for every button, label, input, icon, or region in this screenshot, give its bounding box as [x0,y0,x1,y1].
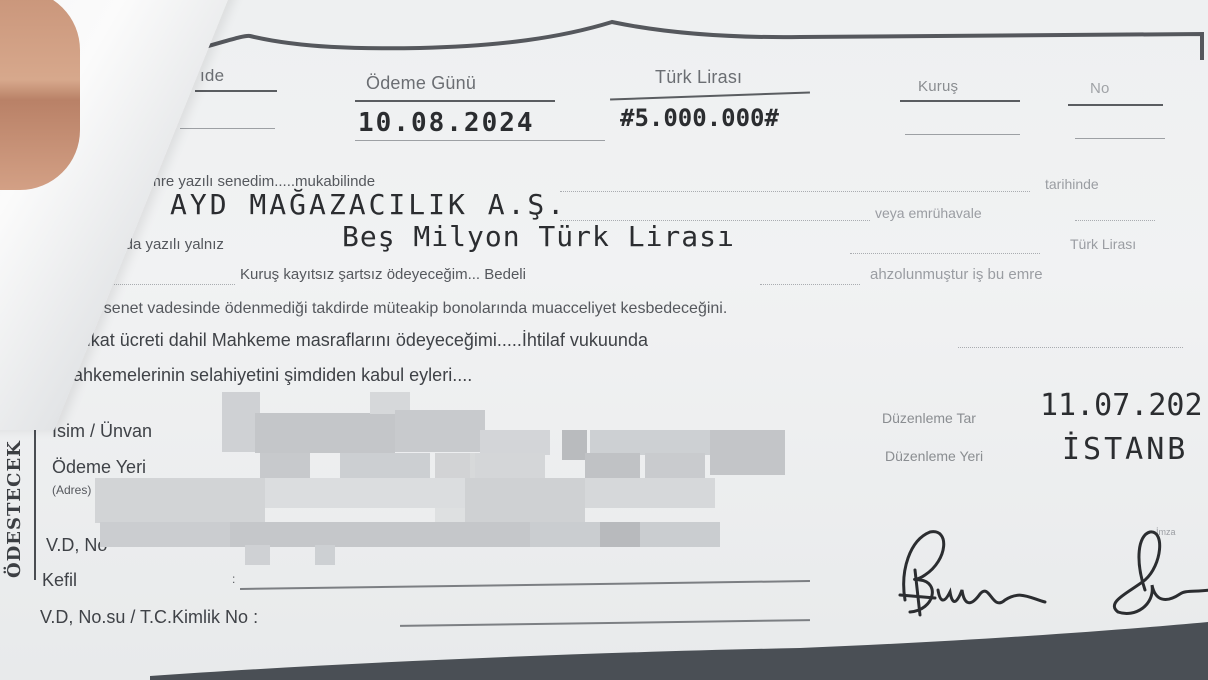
kurus-label: Kuruş [918,78,958,95]
tax-office-label: V.D, No [46,535,107,556]
signatures[interactable] [880,520,1208,630]
body-line-2-end: veya emrühavale [875,205,982,221]
address-label: (Adres) [52,483,91,497]
payment-day-value[interactable]: 10.08.2024 [358,108,535,138]
issue-place-value[interactable]: İSTANB [1062,432,1188,467]
dotted-line [105,283,235,285]
body-line-7: Mahkemelerinin selahiyetini şimdiden kab… [58,365,472,386]
body-line-4-end: ahzolunmuştur iş bu emre [870,266,1043,283]
promissory-note-paper: ıde Ödeme Günü 10.08.2024 Türk Lirası #5… [0,0,1208,680]
issue-place-label: Düzenleme Yeri [885,448,983,464]
header-rule [195,90,277,92]
amount-words-value[interactable]: Beş Milyon Türk Lirası [342,220,735,253]
payment-day-rule [355,100,555,102]
kurus-rule [900,100,1020,102]
payment-place-label: Ödeme Yeri [52,457,146,478]
body-line-5: yazılı senet vadesinde ödenmediği takdir… [62,300,727,318]
dotted-line [850,252,1040,254]
body-line-3-end: Türk Lirası [1070,236,1136,252]
body-line-1-end: tarihinde [1045,176,1099,192]
kurus-value-rule [905,134,1020,135]
dotted-line [760,283,860,285]
no-value-rule [1075,138,1165,139]
dotted-line [958,346,1183,348]
header-partial-label: ıde [200,66,224,86]
issue-date-label: Düzenleme Tar [882,410,976,426]
issue-date-value[interactable]: 11.07.202 [1040,388,1203,423]
header-rule [180,128,275,129]
no-rule [1068,104,1163,106]
no-label: No [1090,80,1110,97]
body-line-6: Avukat ücreti dahil Mahkeme masraflarını… [60,330,648,351]
payee-value[interactable]: AYD MAĞAZACILIK A.Ş. [170,188,567,221]
turkish-lira-label: Türk Lirası [655,67,742,88]
finger [0,0,80,190]
name-label: İsim / Ünvan [52,421,152,442]
tax-id-label: V.D, No.su / T.C.Kimlik No : [40,607,258,628]
body-line-4: Kuruş kayıtsız şartsız ödeyeceğim... Bed… [240,266,526,283]
payment-day-label: Ödeme Günü [366,73,476,94]
stamp-divider [34,430,36,580]
side-stamp: ÖDESTECEK [4,440,25,578]
guarantor-colon: : [232,572,235,586]
dotted-line [1075,219,1155,221]
payment-day-value-rule [355,140,605,141]
guarantor-label: Kefil [42,570,77,591]
dotted-line [560,190,1030,192]
amount-value[interactable]: #5.000.000# [620,104,779,132]
